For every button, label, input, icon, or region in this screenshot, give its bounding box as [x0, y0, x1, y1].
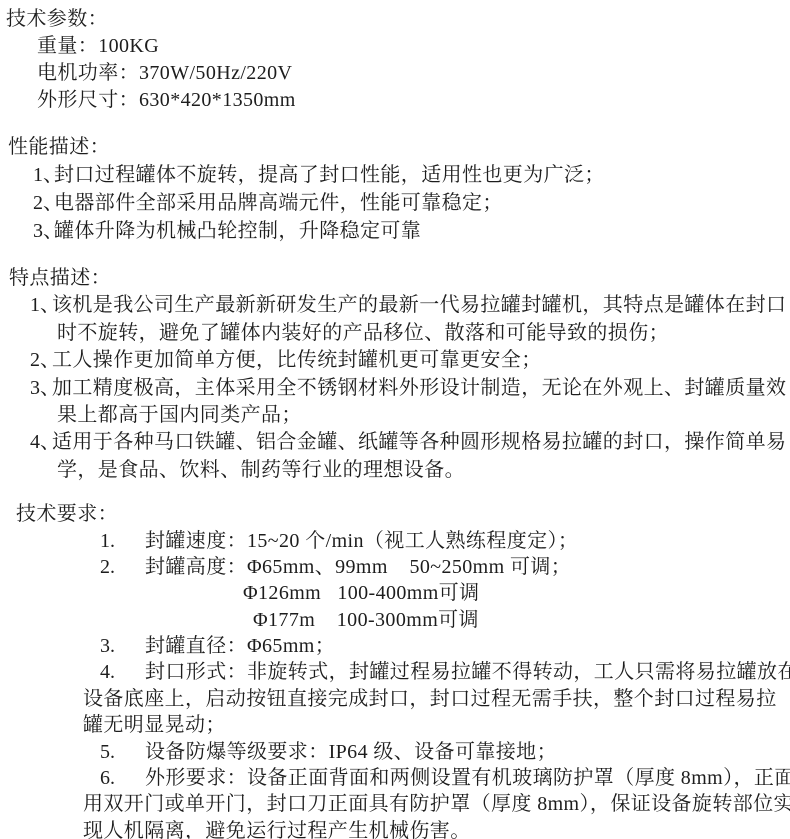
section-tech-params: 技术参数： 重量：100KG 电机功率：370W/50Hz/220V 外形尺寸：… — [0, 6, 790, 114]
list-item: 3、罐体升降为机械凸轮控制，升降稳定可靠 — [33, 217, 790, 245]
list-item: 2、电器部件全部采用品牌高端元件，性能可靠稳定； — [33, 189, 790, 217]
list-item: 1、封口过程罐体不旋转，提高了封口性能，适用性也更为广泛； — [33, 161, 790, 189]
list-item: 6.外形要求：设备正面背面和两侧设置有机玻璃防护罩（厚度 8mm），正面采 — [100, 765, 790, 791]
item-text: 封罐高度：Φ65mm、99mm 50~250mm 可调； — [145, 556, 571, 578]
sub-spec-line: Φ177m 100-300mm可调 — [253, 607, 790, 633]
section-heading-tech-requirements: 技术要求： — [16, 501, 790, 527]
item-text: 封罐速度：15~20 个/min（视工人熟练程度定）； — [145, 530, 578, 552]
list-item: 5.设备防爆等级要求：IP64 级、设备可靠接地； — [100, 739, 790, 765]
item-number: 3. — [100, 633, 145, 659]
item-text: 适用于各种马口铁罐、铝合金罐、纸罐等各种圆形规格易拉罐的封口，操作简单易 — [52, 431, 786, 453]
item-text: 外形要求：设备正面背面和两侧设置有机玻璃防护罩（厚度 8mm），正面采 — [145, 767, 790, 789]
section-performance: 性能描述： 1、封口过程罐体不旋转，提高了封口性能，适用性也更为广泛； 2、电器… — [0, 133, 790, 245]
item-text: 该机是我公司生产最新新研发生产的最新一代易拉罐封罐机，其特点是罐体在封口 — [52, 294, 786, 316]
list-item: 2.封罐高度：Φ65mm、99mm 50~250mm 可调； — [100, 554, 790, 580]
param-line-motor-power: 电机功率：370W/50Hz/220V — [37, 60, 790, 87]
section-heading-tech-params: 技术参数： — [6, 6, 790, 33]
list-item-continuation: 用双开门或单开门，封口刀正面具有防护罩（厚度 8mm），保证设备旋转部位实 — [83, 791, 790, 817]
list-item: 1.封罐速度：15~20 个/min（视工人熟练程度定）； — [100, 528, 790, 554]
list-item-continuation: 学，是食品、饮料、制药等行业的理想设备。 — [57, 457, 790, 484]
sub-spec-line: Φ126mm 100-400mm可调 — [243, 580, 790, 606]
list-item: 4、适用于各种马口铁罐、铝合金罐、纸罐等各种圆形规格易拉罐的封口，操作简单易 — [30, 429, 790, 456]
item-text: 电器部件全部采用品牌高端元件，性能可靠稳定； — [54, 192, 503, 214]
item-text: 加工精度极高，主体采用全不锈钢材料外形设计制造，无论在外观上、封罐质量效 — [52, 377, 786, 399]
section-features: 特点描述： 1、该机是我公司生产最新新研发生产的最新一代易拉罐封罐机，其特点是罐… — [0, 265, 790, 484]
item-number: 6. — [100, 765, 145, 791]
section-gap — [0, 245, 790, 265]
list-item-continuation: 设备底座上，启动按钮直接完成封口，封口过程无需手扶，整个封口过程易拉 — [83, 686, 790, 712]
item-number: 5. — [100, 739, 145, 765]
item-number: 3、 — [30, 375, 52, 402]
list-item-continuation: 果上都高于国内同类产品； — [57, 402, 790, 429]
item-text: 罐体升降为机械凸轮控制，升降稳定可靠 — [54, 220, 421, 242]
item-number: 4、 — [30, 429, 52, 456]
item-text: 封口过程罐体不旋转，提高了封口性能，适用性也更为广泛； — [54, 164, 605, 186]
list-item: 2、工人操作更加简单方便，比传统封罐机更可靠更安全； — [30, 347, 790, 374]
item-number: 2、 — [33, 189, 54, 217]
item-number: 1、 — [33, 161, 54, 189]
list-item-continuation: 罐无明显晃动； — [83, 712, 790, 738]
item-number: 1、 — [30, 292, 52, 319]
section-tech-requirements: 技术要求： 1.封罐速度：15~20 个/min（视工人熟练程度定）； 2.封罐… — [0, 501, 790, 839]
spec-document-page: 技术参数： 重量：100KG 电机功率：370W/50Hz/220V 外形尺寸：… — [0, 0, 790, 839]
item-text: 工人操作更加简单方便，比传统封罐机更可靠更安全； — [52, 349, 542, 371]
list-item-continuation: 时不旋转，避免了罐体内装好的产品移位、散落和可能导致的损伤； — [57, 320, 790, 347]
item-text: 封罐直径：Φ65mm； — [145, 635, 335, 657]
section-heading-performance: 性能描述： — [8, 133, 790, 161]
section-gap — [0, 114, 790, 133]
list-item: 3、加工精度极高，主体采用全不锈钢材料外形设计制造，无论在外观上、封罐质量效 — [30, 375, 790, 402]
list-item: 1、该机是我公司生产最新新研发生产的最新一代易拉罐封罐机，其特点是罐体在封口 — [30, 292, 790, 319]
param-line-dimensions: 外形尺寸：630*420*1350mm — [37, 87, 790, 114]
param-line-weight: 重量：100KG — [37, 33, 790, 60]
list-item: 4.封口形式：非旋转式，封罐过程易拉罐不得转动，工人只需将易拉罐放在 — [100, 659, 790, 685]
section-gap — [0, 484, 790, 501]
item-number: 2. — [100, 554, 145, 580]
item-number: 3、 — [33, 217, 54, 245]
list-item-continuation: 现人机隔离，避免运行过程产生机械伤害。 — [83, 818, 790, 839]
item-number: 4. — [100, 659, 145, 685]
list-item: 3.封罐直径：Φ65mm； — [100, 633, 790, 659]
item-text: 设备防爆等级要求：IP64 级、设备可靠接地； — [145, 741, 557, 763]
item-number: 2、 — [30, 347, 52, 374]
item-text: 封口形式：非旋转式，封罐过程易拉罐不得转动，工人只需将易拉罐放在 — [145, 661, 790, 683]
section-heading-features: 特点描述： — [9, 265, 790, 292]
item-number: 1. — [100, 528, 145, 554]
